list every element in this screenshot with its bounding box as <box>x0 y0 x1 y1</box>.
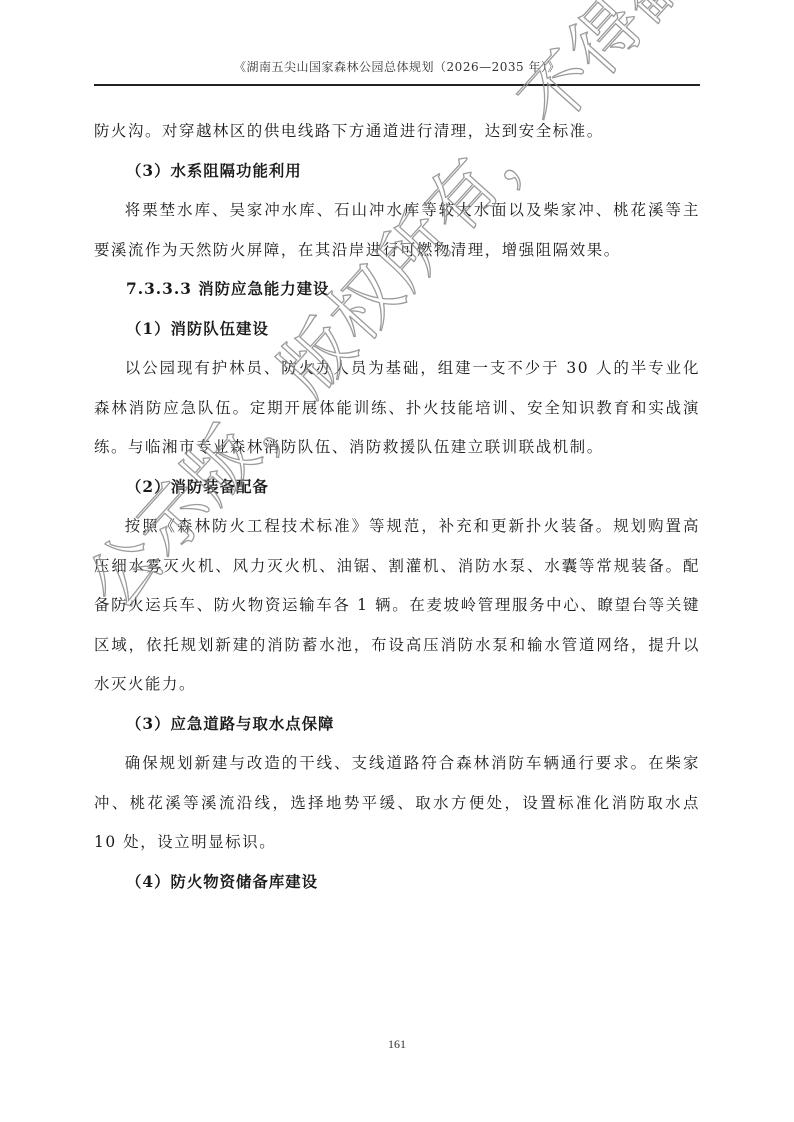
subheading: （4）防火物资储备库建设 <box>94 863 700 903</box>
section-heading: 7.3.3.3 消防应急能力建设 <box>94 270 700 310</box>
subheading: （3）水系阻隔功能利用 <box>94 152 700 192</box>
paragraph: 以公园现有护林员、防火办人员为基础，组建一支不少于 30 人的半专业化森林消防应… <box>94 349 700 468</box>
paragraph: 防火沟。对穿越林区的供电线路下方通道进行清理，达到安全标准。 <box>94 112 700 152</box>
subheading: （3）应急道路与取水点保障 <box>94 705 700 745</box>
subheading: （2）消防装备配备 <box>94 468 700 508</box>
header-rule <box>94 84 700 86</box>
running-header: 《湖南五尖山国家森林公园总体规划（2026—2035 年）》 <box>94 58 700 75</box>
paragraph: 确保规划新建与改造的干线、支线道路符合森林消防车辆通行要求。在柴家冲、桃花溪等溪… <box>94 744 700 863</box>
paragraph: 将栗埜水库、吴家冲水库、石山冲水库等较大水面以及柴家冲、桃花溪等主要溪流作为天然… <box>94 191 700 270</box>
document-body: 防火沟。对穿越林区的供电线路下方通道进行清理，达到安全标准。 （3）水系阻隔功能… <box>94 112 700 902</box>
page-number: 161 <box>0 1037 794 1052</box>
subheading: （1）消防队伍建设 <box>94 310 700 350</box>
paragraph: 按照《森林防火工程技术标准》等规范，补充和更新扑火装备。规划购置高压细水雾灭火机… <box>94 507 700 705</box>
